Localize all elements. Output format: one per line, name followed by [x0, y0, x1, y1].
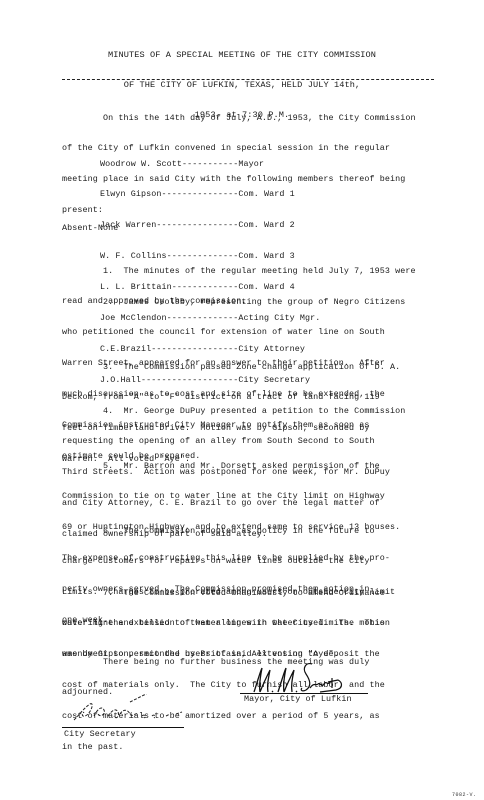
absent-line: Absent-None: [62, 223, 442, 233]
item-line: charge customers for repairs on water li…: [62, 556, 442, 566]
item-line: Commission to tie on to water line at th…: [62, 491, 442, 501]
mayor-signature: [250, 660, 360, 696]
item-line: who petitioned the council for extension…: [62, 327, 442, 337]
member-row: Elwyn Gipson---------------Com. Ward 1: [100, 189, 320, 199]
title-line-1: MINUTES OF A SPECIAL MEETING OF THE CITY…: [0, 50, 484, 60]
title-divider: [62, 79, 434, 80]
item-line: in the past.: [62, 742, 442, 752]
item-line: 3. The Commission passed Zone change app…: [62, 362, 442, 372]
intro-line: On this the 14th day of July, A.D., 1953…: [62, 113, 442, 123]
item-line: 6. The Commission adopted as policy in t…: [62, 526, 442, 536]
mayor-label: Mayor, City of Lufkin: [244, 694, 352, 704]
item-line: covering the extension of water lines in…: [62, 618, 442, 628]
title-line-2: OF THE CITY OF LUFKIN, TEXAS, HELD JULY …: [0, 80, 484, 90]
secretary-label: City Secretary: [64, 729, 136, 739]
secretary-signature-line: [62, 727, 184, 728]
document-page: MINUTES OF A SPECIAL MEETING OF THE CITY…: [0, 0, 484, 800]
item-line: 7. The Commission voted unanimously to a…: [62, 588, 442, 598]
item-line: 2. James Coolsby, representing the group…: [62, 297, 442, 307]
secretary-signature: [70, 694, 190, 724]
page-stamp: 7082-V.: [452, 792, 477, 798]
item-line: 5. Mr. Barron and Mr. Dorsett asked perm…: [62, 461, 442, 471]
item-line: 1. The minutes of the regular meeting he…: [62, 266, 442, 276]
item-line: 4. Mr. George DuPuy presented a petition…: [62, 406, 442, 416]
member-row: Woodrow W. Scott-----------Mayor: [100, 159, 320, 169]
